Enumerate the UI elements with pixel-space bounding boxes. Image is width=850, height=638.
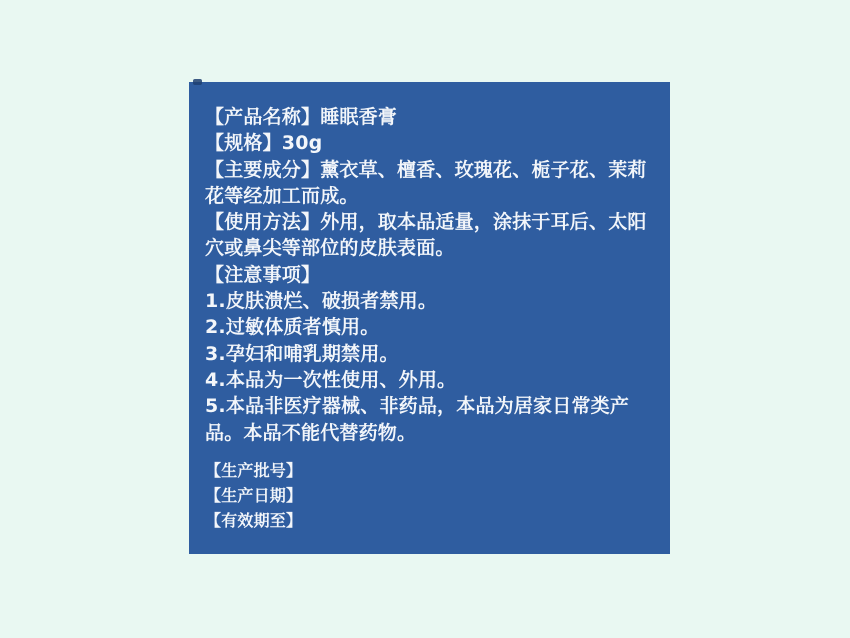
label-line-precaution-3: 3.孕妇和哺乳期禁用。 <box>205 341 652 367</box>
page-background: 【产品名称】睡眠香膏 【规格】30g 【主要成分】薰衣草、檀香、玫瑰花、栀子花、… <box>0 0 850 638</box>
label-line-precaution-2: 2.过敏体质者慎用。 <box>205 314 652 340</box>
label-line-production-date: 【生产日期】 <box>205 483 652 508</box>
label-line-ingredients: 【主要成分】薰衣草、檀香、玫瑰花、栀子花、茉莉花等经加工而成。 <box>205 157 652 210</box>
label-footer-text-block: 【生产批号】 【生产日期】 【有效期至】 <box>205 458 652 533</box>
label-line-precaution-5: 5.本品非医疗器械、非药品，本品为居家日常类产品。本品不能代替药物。 <box>205 393 652 446</box>
label-line-precautions-heading: 【注意事项】 <box>205 262 652 288</box>
label-line-precaution-4: 4.本品为一次性使用、外用。 <box>205 367 652 393</box>
product-label-panel: 【产品名称】睡眠香膏 【规格】30g 【主要成分】薰衣草、檀香、玫瑰花、栀子花、… <box>189 82 670 554</box>
label-line-product-name: 【产品名称】睡眠香膏 <box>205 104 652 130</box>
label-line-batch-number: 【生产批号】 <box>205 458 652 483</box>
label-line-expiry-date: 【有效期至】 <box>205 508 652 533</box>
label-line-specification: 【规格】30g <box>205 130 652 156</box>
panel-corner-artifact <box>193 79 202 85</box>
label-line-precaution-1: 1.皮肤溃烂、破损者禁用。 <box>205 288 652 314</box>
label-line-usage: 【使用方法】外用，取本品适量，涂抹于耳后、太阳穴或鼻尖等部位的皮肤表面。 <box>205 209 652 262</box>
label-main-text-block: 【产品名称】睡眠香膏 【规格】30g 【主要成分】薰衣草、檀香、玫瑰花、栀子花、… <box>205 104 652 446</box>
